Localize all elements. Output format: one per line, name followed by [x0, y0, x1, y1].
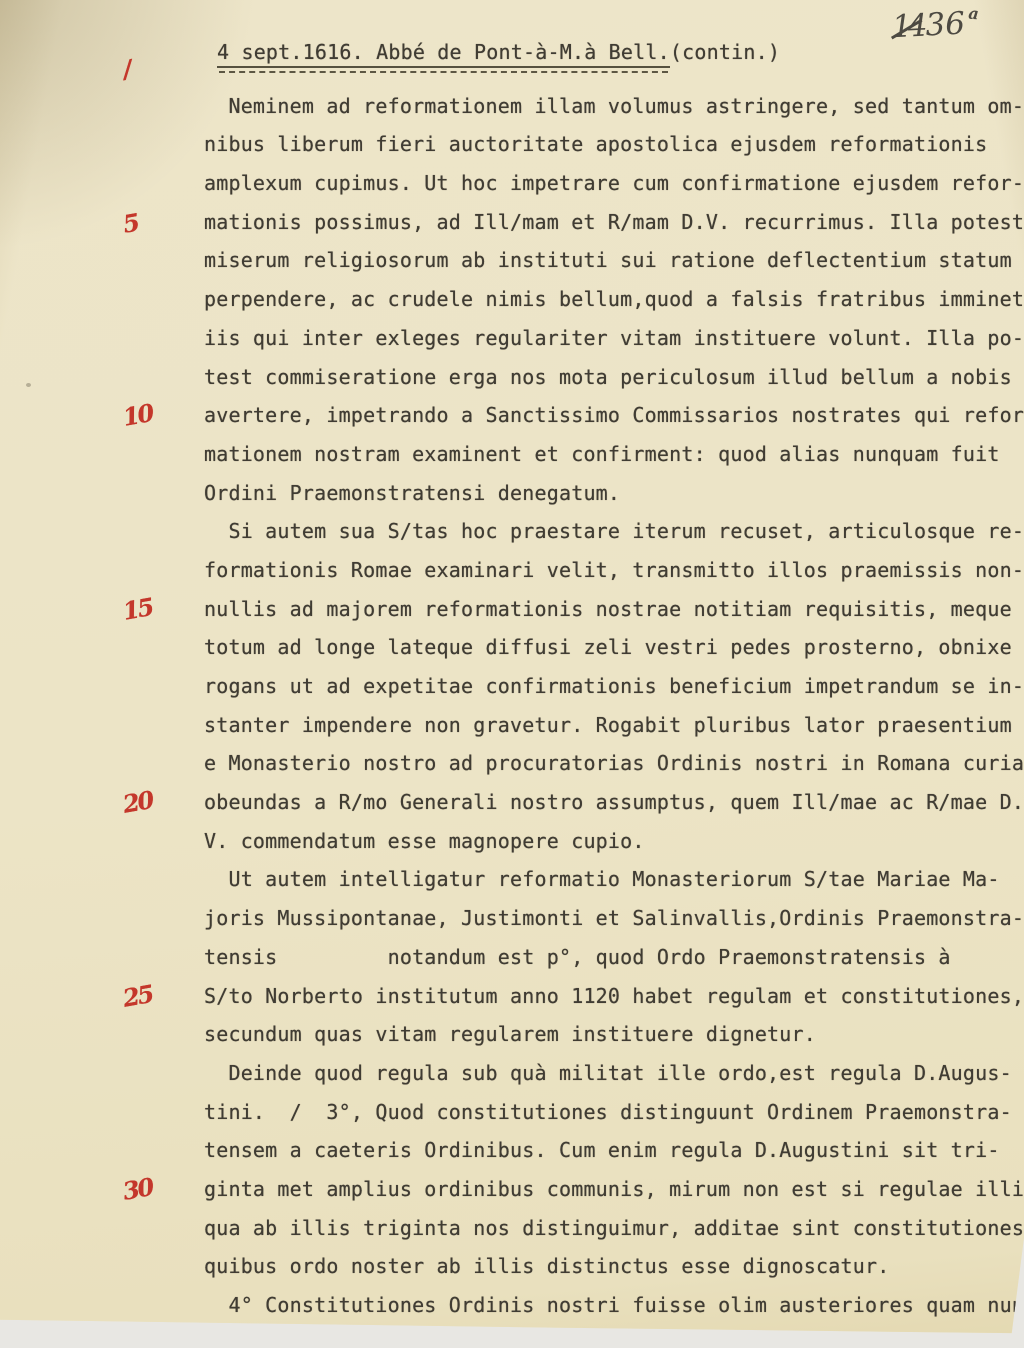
- text-line: formationis Romae examinari velit, trans…: [155, 512, 1015, 551]
- text-line: Deinde quod regula sub quà militat ille …: [155, 1015, 1015, 1054]
- text-line: tini. / 3°, Quod constitutiones distingu…: [155, 1054, 1015, 1093]
- text-line: Ordini Praemonstratensi denegatum.: [155, 435, 1015, 474]
- text-line: 25secundum quas vitam regularem institue…: [155, 977, 1015, 1016]
- document-body: / Neminem ad reformationem illam volumus…: [155, 48, 1015, 1286]
- text-line: S/to Norberto institutum anno 1120 habet…: [155, 938, 1015, 977]
- text-line: 30qua ab illis triginta nos distinguimur…: [155, 1170, 1015, 1209]
- line-number-marker: 30: [120, 1167, 160, 1211]
- text-line: stanter impendere non gravetur. Rogabit …: [155, 667, 1015, 706]
- text-line: avertere, impetrando a Sanctissimo Commi…: [155, 358, 1015, 397]
- page-number-annotation: 1436a: [891, 4, 980, 46]
- text-line: 10mationem nostram examinent et confirme…: [155, 396, 1015, 435]
- paper-speck: [26, 383, 31, 387]
- text-line: mationis possimus, ad Ill/mam et R/mam D…: [155, 164, 1015, 203]
- text-line: rogans ut ad expetitae confirmationis be…: [155, 628, 1015, 667]
- text-line: e Monasterio nostro ad procuratorias Ord…: [155, 706, 1015, 745]
- line-number-marker: 5: [120, 200, 160, 244]
- text-line: iis qui inter exleges regulariter vitam …: [155, 280, 1015, 319]
- page-number-digits: 36: [925, 5, 966, 43]
- text-line: 20V. commendatum esse magnopere cupio.: [155, 783, 1015, 822]
- text-line: ginta met amplius ordinibus communis, mi…: [155, 1131, 1015, 1170]
- text-line: 4° Constitutiones Ordinis nostri fuisse …: [155, 1247, 1015, 1286]
- text-line: quibus ordo noster ab illis distinctus e…: [155, 1209, 1015, 1248]
- document-page: 4 sept.1616. Abbé de Pont-à-M.à Bell.(co…: [0, 0, 1024, 1348]
- text-line: tensem a caeteris Ordinibus. Cum enim re…: [155, 1093, 1015, 1132]
- text-line: perpendere, ac crudele nimis bellum,quod…: [155, 241, 1015, 280]
- text-line: nibus liberum fieri auctoritate apostoli…: [155, 87, 1015, 126]
- text-line: Ut autem intelligatur reformatio Monaste…: [155, 822, 1015, 861]
- text-line: 15totum ad longe lateque diffusi zeli ve…: [155, 590, 1015, 629]
- struck-digits: 14: [891, 8, 924, 46]
- text-line: tensis notandum est p°, quod Ordo Praemo…: [155, 899, 1015, 938]
- page-number-superscript: a: [968, 4, 980, 24]
- line-number-marker: /: [120, 45, 160, 89]
- text-line: amplexum cupimus. Ut hoc impetrare cum c…: [155, 125, 1015, 164]
- text-line: obeundas a R/mo Generali nostro assumptu…: [155, 744, 1015, 783]
- line-number-marker: 15: [120, 587, 160, 631]
- text-line: nullis ad majorem reformationis nostrae …: [155, 551, 1015, 590]
- text-line: test commiseratione erga nos mota pericu…: [155, 319, 1015, 358]
- line-number-marker: 20: [120, 780, 160, 824]
- line-number-marker: 10: [120, 394, 160, 438]
- text-line: 5miserum religiosorum ab instituti sui r…: [155, 203, 1015, 242]
- text-line: joris Mussipontanae, Justimonti et Salin…: [155, 860, 1015, 899]
- text-line: Si autem sua S/tas hoc praestare iterum …: [155, 474, 1015, 513]
- text-line: / Neminem ad reformationem illam volumus…: [155, 48, 1015, 87]
- line-text: 4° Constitutiones Ordinis nostri fuisse …: [204, 1293, 1024, 1317]
- line-number-marker: 25: [120, 974, 160, 1018]
